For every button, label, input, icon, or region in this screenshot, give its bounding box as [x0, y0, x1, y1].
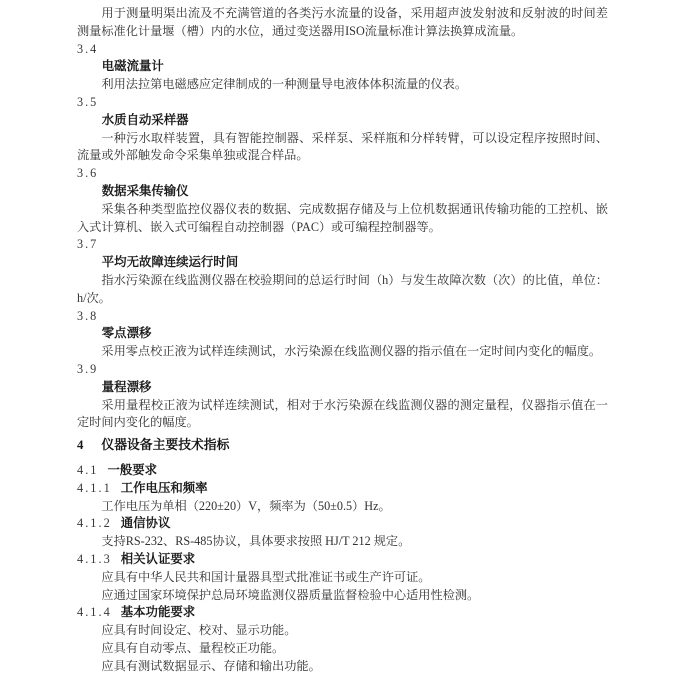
section-heading: 4.1.3相关认证要求	[77, 551, 608, 569]
definition-body: 采用量程校正液为试样连续测试，相对于水污染源在线监测仪器的测定量程，仪器指示值在…	[77, 397, 608, 433]
definition-body: 一种污水取样装置，具有智能控制器、采样泵、采样瓶和分样转臂，可以设定程序按照时间…	[77, 130, 608, 166]
definition-term: 平均无故障连续运行时间	[77, 254, 608, 272]
definition-number: 3.6	[77, 165, 608, 183]
definition-term: 数据采集传输仪	[77, 183, 608, 201]
section-number: 4.1.1	[77, 480, 112, 498]
definition-block: 3.4 电磁流量计 利用法拉第电磁感应定律制成的一种测量导电液体体积流量的仪表。	[77, 41, 608, 94]
section-title: 一般要求	[108, 463, 158, 477]
definition-block: 3.8 零点漂移 采用零点校正液为试样连续测试，水污染源在线监测仪器的指示值在一…	[77, 308, 608, 361]
section-paragraph: 应通过国家环境保护总局环境监测仪器质量监督检验中心适用性检测。	[77, 587, 608, 605]
definition-term: 水质自动采样器	[77, 112, 608, 130]
definition-block: 3.5 水质自动采样器 一种污水取样装置，具有智能控制器、采样泵、采样瓶和分样转…	[77, 94, 608, 165]
section-heading: 4.1.4基本功能要求	[77, 604, 608, 622]
document-page: 用于测量明渠出流及不充满管道的各类污水流量的设备，采用超声波发射波和反射波的时间…	[0, 0, 681, 692]
definition-term: 量程漂移	[77, 379, 608, 397]
definition-block: 3.6 数据采集传输仪 采集各种类型监控仪器仪表的数据、完成数据存储及与上位机数…	[77, 165, 608, 236]
section-block: 4.1.4基本功能要求 应具有时间设定、校对、显示功能。 应具有自动零点、量程校…	[77, 604, 608, 675]
section-heading: 4.1.2通信协议	[77, 515, 608, 533]
definition-number: 3.8	[77, 308, 608, 326]
definition-body: 采集各种类型监控仪器仪表的数据、完成数据存储及与上位机数据通讯传输功能的工控机、…	[77, 201, 608, 237]
definition-block: 3.9 量程漂移 采用量程校正液为试样连续测试，相对于水污染源在线监测仪器的测定…	[77, 361, 608, 432]
section-paragraph: 应具有中华人民共和国计量器具型式批准证书或生产许可证。	[77, 569, 608, 587]
section-paragraph: 应具有自动零点、量程校正功能。	[77, 640, 608, 658]
section-number: 4.1.3	[77, 551, 112, 569]
definition-number: 3.4	[77, 41, 608, 59]
section-paragraph: 应具有测试数据显示、存储和输出功能。	[77, 658, 608, 676]
section-block: 4.1.1工作电压和频率 工作电压为单相（220±20）V，频率为（50±0.5…	[77, 480, 608, 516]
section-paragraph: 支持RS-232、RS-485协议，具体要求按照 HJ/T 212 规定。	[77, 533, 608, 551]
section-title: 工作电压和频率	[121, 481, 208, 495]
definition-number: 3.7	[77, 236, 608, 254]
definition-number: 3.9	[77, 361, 608, 379]
section-number: 4.1.4	[77, 604, 112, 622]
definition-body: 采用零点校正液为试样连续测试，水污染源在线监测仪器的指示值在一定时间内变化的幅度…	[77, 343, 608, 361]
section-title: 相关认证要求	[121, 552, 195, 566]
section-heading: 4.1.1工作电压和频率	[77, 480, 608, 498]
section-title: 基本功能要求	[121, 605, 195, 619]
definition-body: 指水污染源在线监测仪器在校验期间的总运行时间（h）与发生故障次数（次）的比值，单…	[77, 272, 608, 308]
section-paragraph: 工作电压为单相（220±20）V，频率为（50±0.5）Hz。	[77, 498, 608, 516]
section-heading: 4.1一般要求	[77, 462, 608, 480]
chapter-heading: 4仪器设备主要技术指标	[77, 436, 608, 455]
chapter-title: 仪器设备主要技术指标	[101, 437, 229, 452]
section-number: 4.1.2	[77, 515, 112, 533]
section-title: 通信协议	[121, 516, 171, 530]
section-paragraph: 应具有时间设定、校对、显示功能。	[77, 622, 608, 640]
definition-number: 3.5	[77, 94, 608, 112]
intro-paragraph: 用于测量明渠出流及不充满管道的各类污水流量的设备，采用超声波发射波和反射波的时间…	[77, 5, 608, 41]
definition-term: 零点漂移	[77, 325, 608, 343]
section-number: 4.1	[77, 462, 99, 480]
section-block: 4.1.2通信协议 支持RS-232、RS-485协议，具体要求按照 HJ/T …	[77, 515, 608, 551]
section-block: 4.1.3相关认证要求 应具有中华人民共和国计量器具型式批准证书或生产许可证。 …	[77, 551, 608, 604]
definition-body: 利用法拉第电磁感应定律制成的一种测量导电液体体积流量的仪表。	[77, 76, 608, 94]
section-block: 4.1一般要求	[77, 462, 608, 480]
chapter-number: 4	[77, 437, 83, 455]
definition-term: 电磁流量计	[77, 58, 608, 76]
definition-block: 3.7 平均无故障连续运行时间 指水污染源在线监测仪器在校验期间的总运行时间（h…	[77, 236, 608, 307]
